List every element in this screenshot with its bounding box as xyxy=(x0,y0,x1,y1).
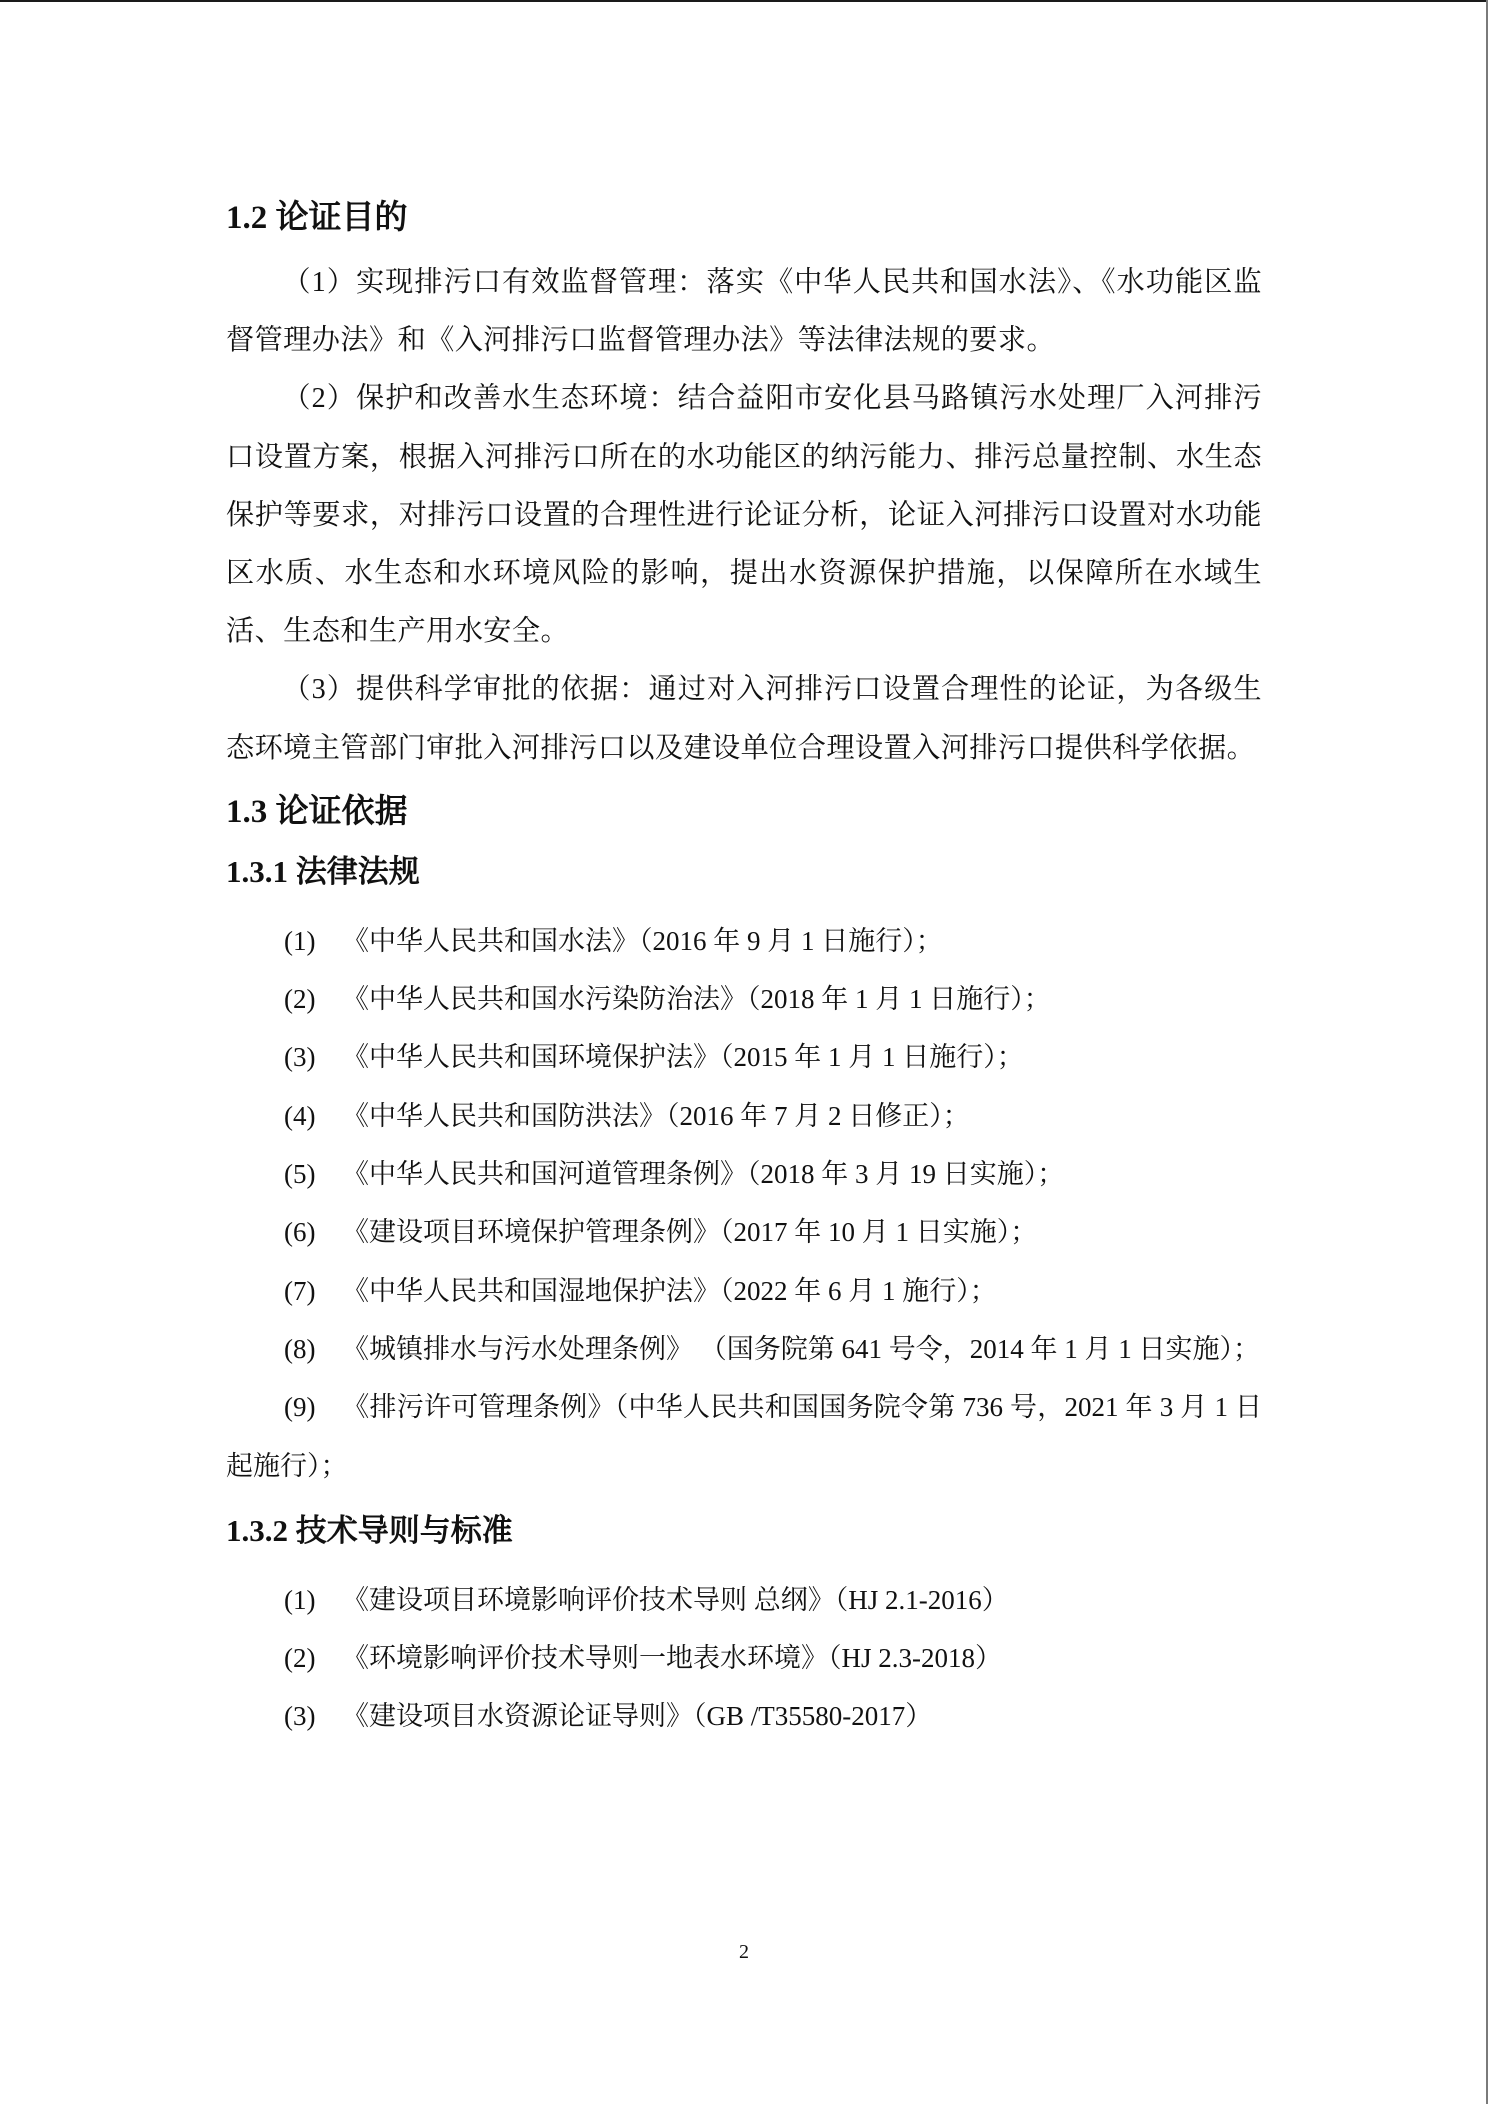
list-item: (3)《建设项目水资源论证导则》（GB /T35580-2017） xyxy=(226,1687,1262,1745)
list-item: (2)《中华人民共和国水污染防治法》（2018 年 1 月 1 日施行）； xyxy=(226,970,1262,1028)
list-item-text: 《中华人民共和国水法》（2016 年 9 月 1 日施行）； xyxy=(342,926,943,956)
page-number: 2 xyxy=(0,1936,1488,1968)
list-item: (6)《建设项目环境保护管理条例》（2017 年 10 月 1 日实施）； xyxy=(226,1203,1262,1261)
list-item: (1)《中华人民共和国水法》（2016 年 9 月 1 日施行）； xyxy=(226,912,1262,970)
list-item-text: 《中华人民共和国水污染防治法》（2018 年 1 月 1 日施行）； xyxy=(342,984,1051,1014)
list-item: (9)《排污许可管理条例》（中华人民共和国国务院令第 736 号，2021 年 … xyxy=(226,1378,1262,1495)
list-item-text: 《中华人民共和国河道管理条例》（2018 年 3 月 19 日实施）； xyxy=(342,1159,1064,1189)
document-page: 1.2 论证目的 （1）实现排污口有效监督管理：落实《中华人民共和国水法》、《水… xyxy=(226,190,1262,1746)
list-item-number: (8) xyxy=(284,1320,342,1378)
list-item-number: (3) xyxy=(284,1028,342,1086)
laws-list: (1)《中华人民共和国水法》（2016 年 9 月 1 日施行）； (2)《中华… xyxy=(226,912,1262,1495)
list-item-number: (1) xyxy=(284,1571,342,1629)
list-item-text: 《建设项目环境保护管理条例》（2017 年 10 月 1 日实施）； xyxy=(342,1217,1037,1247)
list-item: (1)《建设项目环境影响评价技术导则 总纲》（HJ 2.1-2016） xyxy=(226,1571,1262,1629)
list-item-text: 《建设项目环境影响评价技术导则 总纲》（HJ 2.1-2016） xyxy=(342,1585,1009,1615)
list-item-number: (2) xyxy=(284,1629,342,1687)
list-item-number: (7) xyxy=(284,1262,342,1320)
list-item: (4)《中华人民共和国防洪法》（2016 年 7 月 2 日修正）； xyxy=(226,1087,1262,1145)
standards-list: (1)《建设项目环境影响评价技术导则 总纲》（HJ 2.1-2016） (2)《… xyxy=(226,1571,1262,1746)
section-heading-1-3: 1.3 论证依据 xyxy=(226,784,1262,840)
list-item-number: (1) xyxy=(284,912,342,970)
paragraph-purpose-3: （3）提供科学审批的依据：通过对入河排污口设置合理性的论证，为各级生态环境主管部… xyxy=(226,661,1262,777)
list-item-text: 《中华人民共和国防洪法》（2016 年 7 月 2 日修正）； xyxy=(342,1101,970,1131)
list-item-text: 《建设项目水资源论证导则》（GB /T35580-2017） xyxy=(342,1701,932,1731)
list-item-number: (4) xyxy=(284,1087,342,1145)
page-top-border xyxy=(0,0,1488,2)
paragraph-purpose-2: （2）保护和改善水生态环境：结合益阳市安化县马路镇污水处理厂入河排污口设置方案，… xyxy=(226,370,1262,661)
list-item-text: 《环境影响评价技术导则一地表水环境》（HJ 2.3-2018） xyxy=(342,1643,1002,1673)
list-item-text: 《中华人民共和国湿地保护法》（2022 年 6 月 1 施行）； xyxy=(342,1276,997,1306)
subsection-heading-1-3-1: 1.3.1 法律法规 xyxy=(226,844,1262,900)
subsection-heading-1-3-2: 1.3.2 技术导则与标准 xyxy=(226,1503,1262,1559)
section-heading-1-2: 1.2 论证目的 xyxy=(226,190,1262,246)
list-item: (8)《城镇排水与污水处理条例》 （国务院第 641 号令，2014 年 1 月… xyxy=(226,1320,1262,1378)
list-item-number: (3) xyxy=(284,1687,342,1745)
paragraph-purpose-1: （1）实现排污口有效监督管理：落实《中华人民共和国水法》、《水功能区监督管理办法… xyxy=(226,254,1262,370)
list-item-text: 《城镇排水与污水处理条例》 （国务院第 641 号令，2014 年 1 月 1 … xyxy=(342,1334,1260,1364)
list-item: (7)《中华人民共和国湿地保护法》（2022 年 6 月 1 施行）； xyxy=(226,1262,1262,1320)
list-item-number: (9) xyxy=(284,1378,342,1436)
list-item-number: (6) xyxy=(284,1203,342,1261)
list-item: (2)《环境影响评价技术导则一地表水环境》（HJ 2.3-2018） xyxy=(226,1629,1262,1687)
list-item: (5)《中华人民共和国河道管理条例》（2018 年 3 月 19 日实施）； xyxy=(226,1145,1262,1203)
list-item-text: 《排污许可管理条例》（中华人民共和国国务院令第 736 号，2021 年 3 月… xyxy=(226,1392,1262,1480)
list-item-number: (5) xyxy=(284,1145,342,1203)
list-item: (3)《中华人民共和国环境保护法》（2015 年 1 月 1 日施行）； xyxy=(226,1028,1262,1086)
list-item-number: (2) xyxy=(284,970,342,1028)
list-item-text: 《中华人民共和国环境保护法》（2015 年 1 月 1 日施行）； xyxy=(342,1042,1024,1072)
